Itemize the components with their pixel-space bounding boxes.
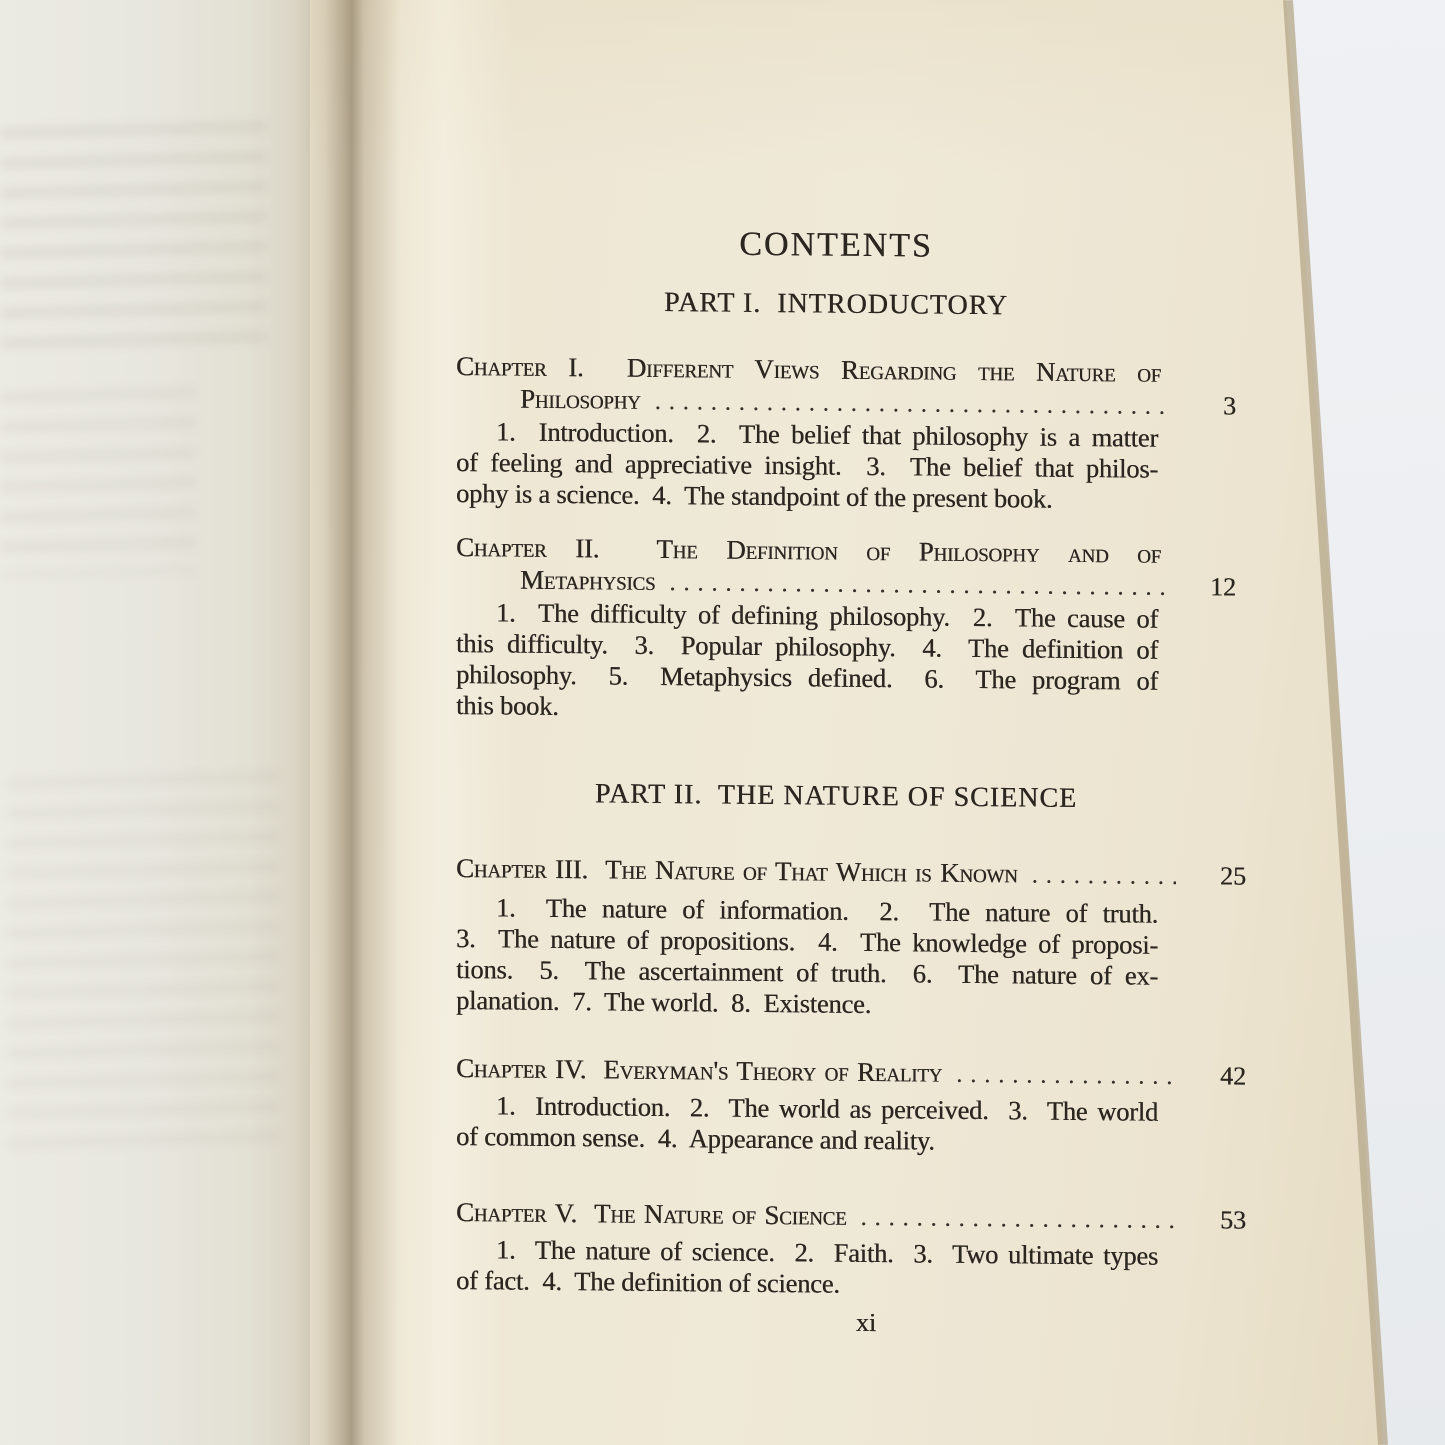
leader-dots: ........................................… [1032,860,1176,893]
chapter-5-heading-row: Chapter V. The Nature of Science .......… [456,1196,1246,1238]
book-photo: CONTENTS PART I. INTRODUCTORY Chapter I.… [0,0,1445,1445]
folio-page-number: xi [486,1304,1246,1341]
chapter-5-page-number: 53 [1186,1204,1246,1237]
toc-content: CONTENTS PART I. INTRODUCTORY Chapter I.… [456,0,1248,1445]
book-gutter-shadow [295,0,400,1445]
chapter-1-page-number: 3 [1176,390,1236,423]
chapter-5-heading: Chapter V. The Nature of Science [456,1196,847,1232]
part-heading-2: PART II. THE NATURE OF SCIENCE [456,778,1216,815]
toc-entry-chapter-5: Chapter V. The Nature of Science .......… [456,1196,1248,1304]
chapter-4-heading: Chapter IV. Everyman's Theory of Reality [456,1052,942,1089]
chapter-4-heading-row: Chapter IV. Everyman's Theory of Reality… [456,1052,1246,1094]
toc-entry-chapter-4: Chapter IV. Everyman's Theory of Reality… [456,1052,1248,1160]
part-heading-1: PART I. INTRODUCTORY [456,286,1216,323]
page-title: CONTENTS [456,224,1216,267]
chapter-1-runover-title: Philosophy [520,383,641,416]
chapter-3-page-number: 25 [1186,860,1246,893]
chapter-3-heading-row: Chapter III. The Nature of That Which is… [456,852,1246,894]
toc-entry-chapter-2: Chapter II. The Definition of Philosophy… [456,531,1248,729]
chapter-4-page-number: 42 [1186,1060,1246,1093]
toc-entry-chapter-1: Chapter I. Different Views Regarding the… [456,350,1248,517]
chapter-1-summary: 1. Introduction. 2. The belief that phil… [456,416,1158,516]
toc-entry-chapter-3: Chapter III. The Nature of That Which is… [456,852,1248,1024]
leader-dots: ........................................… [669,567,1166,604]
chapter-2-summary: 1. The difficulty of defining philosophy… [456,597,1158,728]
leader-dots: ........................................… [655,386,1166,423]
left-blank-page [0,0,345,1445]
show-through-text-smudge [0,122,265,364]
chapter-2-page-number: 12 [1176,571,1236,604]
chapter-3-heading: Chapter III. The Nature of That Which is… [456,852,1018,889]
chapter-4-summary: 1. Introduction. 2. The world as perceiv… [456,1090,1158,1159]
leader-dots: ........................................… [861,1202,1176,1237]
show-through-text-smudge [0,387,195,577]
show-through-text-smudge [8,771,278,1153]
leader-dots: ........................................… [956,1059,1176,1093]
chapter-2-runover-title: Metaphysics [520,564,655,597]
chapter-3-summary: 1. The nature of information. 2. The nat… [456,892,1158,1023]
chapter-5-summary: 1. The nature of science. 2. Faith. 3. T… [456,1234,1158,1303]
